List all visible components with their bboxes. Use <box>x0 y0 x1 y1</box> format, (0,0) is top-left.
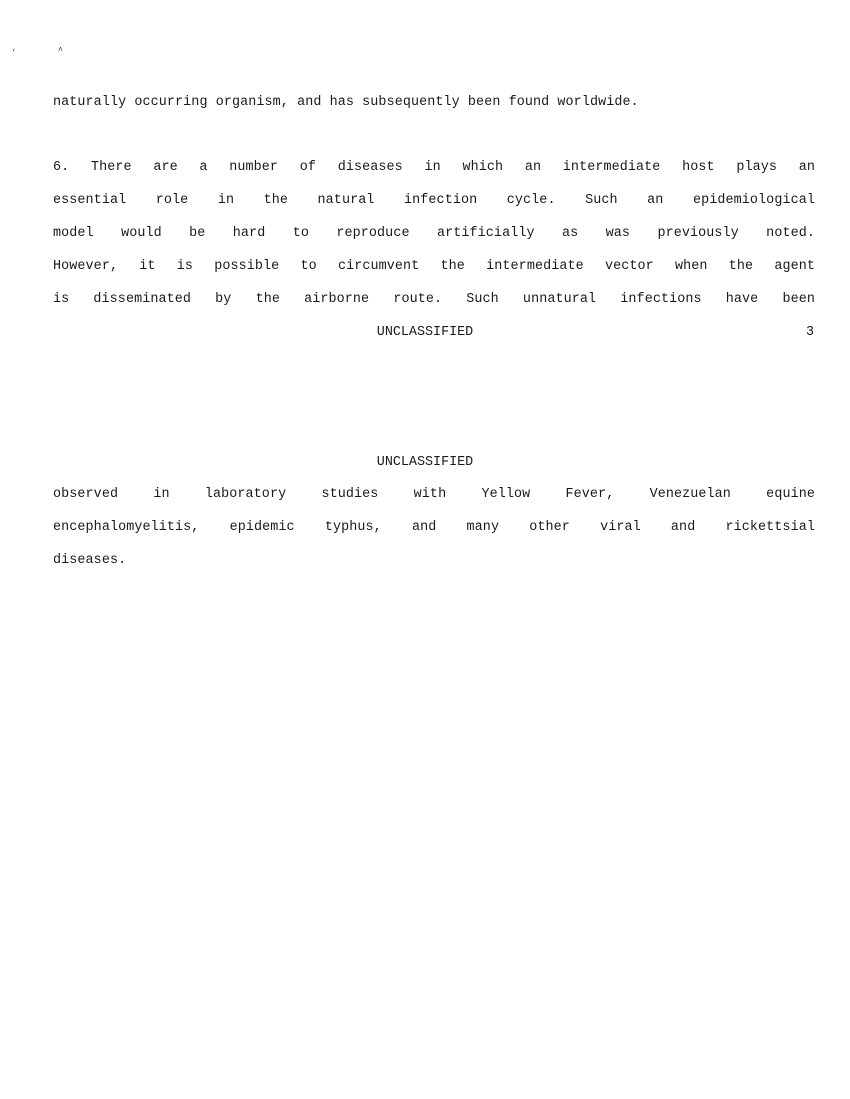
paragraph-line: essential role in the natural infection … <box>53 193 815 209</box>
paragraph-line: model would be hard to reproduce artific… <box>53 226 815 242</box>
header-classification: UNCLASSIFIED <box>0 455 850 470</box>
paragraph-line: observed in laboratory studies with Yell… <box>53 487 815 503</box>
scan-artifact-mark: ˄ <box>58 46 63 55</box>
scan-artifact-mark: , <box>12 44 17 53</box>
paragraph-line: encephalomyelitis, epidemic typhus, and … <box>53 520 815 536</box>
continuation-line: naturally occurring organism, and has su… <box>53 95 815 111</box>
paragraph-line: diseases. <box>53 553 815 569</box>
paragraph-line: However, it is possible to circumvent th… <box>53 259 815 275</box>
page-number: 3 <box>806 325 814 340</box>
paragraph-line: is disseminated by the airborne route. S… <box>53 292 815 308</box>
paragraph-line: 6. There are a number of diseases in whi… <box>53 160 815 176</box>
footer-classification: UNCLASSIFIED <box>0 325 850 340</box>
